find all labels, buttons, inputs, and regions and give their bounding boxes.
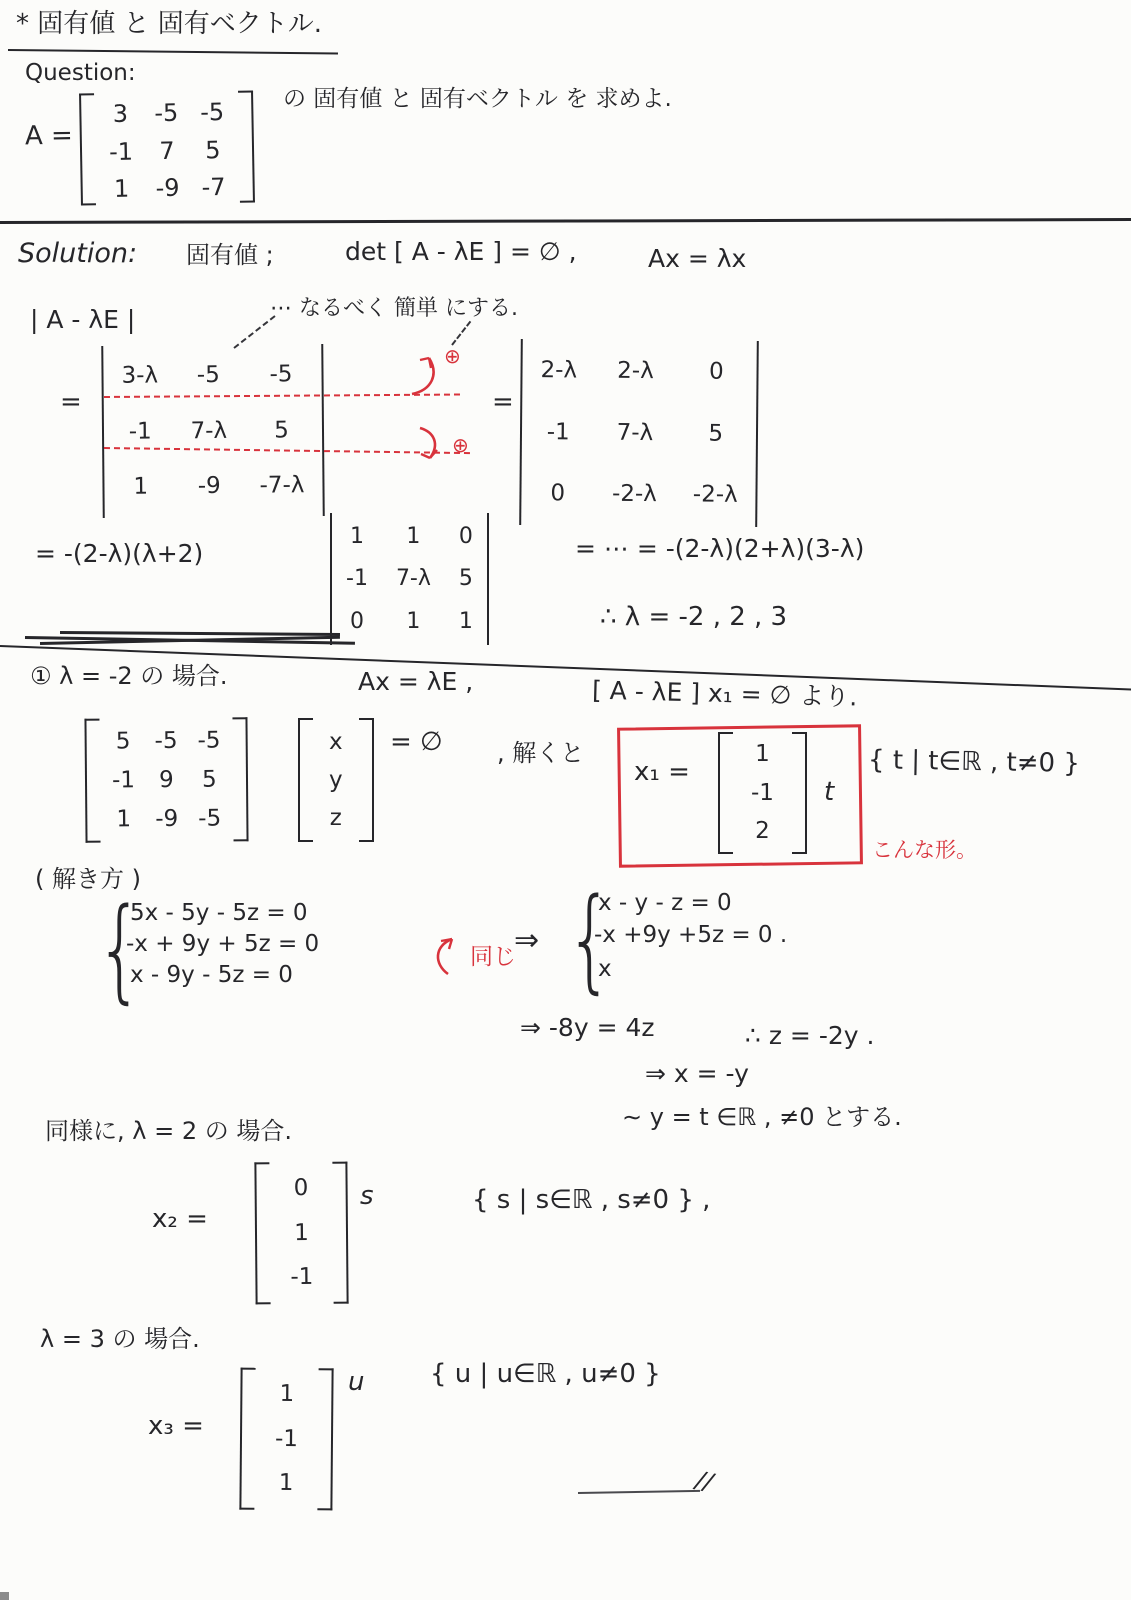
step-line: ∴ z = -2y .	[745, 1022, 874, 1051]
matrix-a-lhs: A =	[25, 122, 73, 153]
eigenvalues-result: ∴ λ = -2 , 2 , 3	[600, 603, 787, 633]
determinant-bar-right	[755, 341, 759, 527]
factor-result: = ⋯ = -(2-λ)(2+λ)(3-λ)	[575, 535, 864, 564]
vector-cell: 1	[755, 741, 770, 767]
title-underline	[8, 49, 338, 54]
determinant-cell: -7-λ	[259, 472, 304, 499]
rule-scribble	[60, 631, 340, 636]
matrix-cell: 5	[116, 728, 131, 755]
curved-arrow-icon	[414, 424, 450, 462]
determinant-cell: 5	[459, 566, 473, 591]
vector-cell: y	[329, 767, 343, 793]
determinant-cell: 7-λ	[617, 420, 654, 447]
curved-arrow-icon	[408, 352, 446, 398]
x3-set-notation: { u | u∈ℝ , u≠0 }	[430, 1360, 661, 1390]
solution-label: Solution:	[18, 238, 137, 269]
vector-cell: -1	[751, 780, 774, 806]
step-line: ∼ y = t ∈ℝ , ≠0 とする.	[622, 1104, 902, 1132]
x1-lhs: x₁ =	[634, 758, 690, 788]
bracket-right	[332, 1162, 348, 1304]
determinant-1: 3-λ -5 -5 -1 7-λ 5 1 -9 -7-λ	[101, 344, 324, 518]
determinant-cell: 2-λ	[540, 358, 577, 385]
matrix-cell: 5	[202, 766, 217, 793]
eigenvalue-label: 固有値 ;	[186, 242, 274, 270]
implies-arrow: ⇒	[514, 924, 539, 959]
system1-line: 5x - 5y - 5z = 0	[130, 900, 308, 926]
matrix-cell: 1	[116, 806, 131, 833]
circled-plus-icon: ⊕	[444, 345, 461, 368]
question-label: Question:	[25, 60, 136, 86]
end-underline	[578, 1490, 700, 1494]
det-condition: det [ A - λE ] = ∅ ,	[345, 238, 577, 267]
matrix-cell: -5	[198, 805, 221, 832]
case1-ax-note: Ax = λE ,	[358, 668, 473, 697]
det-lhs: | A - λE |	[30, 306, 135, 335]
bracket-right	[232, 717, 248, 841]
curved-arrow-icon	[428, 936, 464, 982]
system1-line: -x + 9y + 5z = 0	[126, 931, 319, 957]
case2-heading: 同様に, λ = 2 の 場合.	[45, 1118, 292, 1146]
determinant-cell: 3-λ	[121, 363, 158, 390]
vector-cell: 1	[279, 1381, 294, 1408]
bracket-right	[317, 1368, 333, 1510]
matrix-cell: -5	[154, 728, 177, 755]
determinant-cell: -2-λ	[612, 481, 657, 508]
handwritten-note-page: * 固有値 と 固有ベクトル. Question: A = 3 -5 -5 -1…	[0, 0, 1131, 1600]
xyz-vector: x y z	[298, 718, 374, 842]
vector-cell: z	[330, 805, 342, 831]
equals-zero: = ∅	[390, 728, 443, 758]
determinant-cell: -1	[129, 418, 152, 445]
matrix-cell: 5	[205, 137, 221, 165]
vector-cell: 1	[279, 1470, 294, 1497]
ax-condition: Ax = λx	[648, 245, 746, 274]
system1-line: x - 9y - 5z = 0	[130, 962, 293, 988]
system2-line: x	[598, 956, 612, 982]
rule-line	[0, 218, 1131, 224]
note-title: * 固有値 と 固有ベクトル.	[16, 10, 322, 40]
determinant-2: 2-λ 2-λ 0 -1 7-λ 5 0 -2-λ -2-λ	[519, 339, 759, 527]
equals-sign: =	[60, 388, 82, 418]
determinant-bar-right	[487, 513, 489, 645]
bracket-right	[359, 718, 374, 842]
determinant-cell: 0	[550, 480, 565, 507]
x3-parameter: u	[348, 1368, 364, 1398]
x1-set-notation: { t | t∈ℝ , t≠0 }	[868, 746, 1080, 780]
x3-vector: 1 -1 1	[239, 1368, 333, 1511]
vector-cell: x	[329, 729, 343, 755]
determinant-cell: 2-λ	[617, 358, 654, 385]
x3-lhs: x₃ =	[148, 1412, 204, 1442]
x2-set-notation: { s | s∈ℝ , s≠0 } ,	[472, 1186, 710, 1216]
case1-x1-condition: [ A - λE ] x₁ = ∅ より.	[592, 677, 858, 713]
matrix-cell: 7	[159, 137, 175, 165]
circled-plus-icon: ⊕	[452, 434, 469, 457]
determinant-cell: 1	[459, 609, 473, 634]
vector-cell: 0	[294, 1175, 309, 1202]
matrix-cell: -9	[155, 806, 178, 833]
matrix-cell: -1	[109, 138, 133, 166]
step-line: ⇒ -8y = 4z	[520, 1014, 655, 1043]
matrix-cell: -5	[154, 100, 178, 128]
matrix-cell: 3	[112, 101, 128, 129]
bracket-right	[792, 732, 807, 854]
bracket-right	[238, 90, 255, 202]
bracket-left	[239, 1368, 255, 1510]
matrix-cell: -5	[197, 727, 220, 754]
determinant-cell: 1	[406, 524, 420, 549]
case1-matrix: 5 -5 -5 -1 9 5 1 -9 -5	[84, 717, 248, 842]
vector-cell: 2	[755, 818, 770, 844]
determinant-cell: -1	[547, 419, 570, 446]
determinant-3: 1 1 0 -1 7-λ 5 0 1 1	[330, 513, 489, 645]
determinant-cell: 0	[459, 524, 473, 549]
matrix-cell: -7	[201, 174, 225, 202]
simplify-hint: ⋯ なるべく 簡単 にする.	[270, 296, 518, 321]
x1-vector: 1 -1 2	[718, 732, 807, 854]
bracket-left	[298, 718, 313, 842]
solve-note: , 解くと	[497, 740, 584, 768]
x2-lhs: x₂ =	[152, 1205, 208, 1235]
bracket-left	[718, 732, 733, 854]
matrix-cell: -1	[112, 767, 135, 794]
system2-line: -x +9y +5z = 0 .	[594, 922, 787, 948]
determinant-cell: 7-λ	[190, 418, 227, 445]
x2-parameter: s	[360, 1182, 374, 1212]
same-note: 同じ	[470, 944, 516, 970]
determinant-cell: 5	[274, 417, 289, 444]
determinant-cell: -9	[198, 473, 221, 500]
matrix-cell: -9	[155, 175, 179, 203]
dashed-pointer-line	[451, 321, 471, 346]
equals-sign: =	[492, 388, 514, 418]
determinant-cell: -1	[346, 566, 368, 591]
case1-heading: ① λ = -2 の 場合.	[30, 663, 228, 691]
matrix-cell: 1	[114, 176, 130, 204]
factor-prefix: = -(2-λ)(λ+2)	[35, 540, 203, 569]
matrix-cell: 9	[159, 767, 174, 794]
determinant-cell: 1	[133, 474, 148, 501]
determinant-cell: 0	[350, 609, 364, 634]
bracket-left	[84, 719, 100, 843]
question-prompt: の 固有値 と 固有ベクトル を 求めよ.	[283, 86, 672, 112]
determinant-cell: -5	[197, 362, 220, 389]
x2-vector: 0 1 -1	[254, 1162, 348, 1305]
end-of-solution-mark: //	[693, 1467, 715, 1497]
determinant-cell: 1	[350, 524, 364, 549]
vector-cell: 1	[294, 1220, 309, 1247]
matrix-A: 3 -5 -5 -1 7 5 1 -9 -7	[79, 90, 255, 205]
determinant-cell: 7-λ	[396, 566, 431, 591]
vector-cell: -1	[275, 1426, 298, 1453]
matrix-cell: -5	[200, 99, 224, 127]
bracket-left	[254, 1162, 270, 1304]
case3-heading: λ = 3 の 場合.	[40, 1326, 200, 1354]
shape-note: こんな形。	[872, 838, 977, 862]
determinant-cell: 5	[708, 420, 723, 447]
determinant-cell: 1	[406, 609, 420, 634]
system2-line: x - y - z = 0	[598, 890, 732, 916]
determinant-cell: 0	[709, 359, 724, 386]
determinant-cell: -5	[269, 362, 292, 389]
determinant-bar-right	[321, 344, 325, 516]
scan-artifact	[0, 1592, 9, 1600]
vector-cell: -1	[290, 1264, 313, 1291]
step-line: ⇒ x = -y	[645, 1060, 749, 1089]
determinant-cell: -2-λ	[693, 482, 738, 509]
x1-parameter: t	[824, 778, 834, 808]
